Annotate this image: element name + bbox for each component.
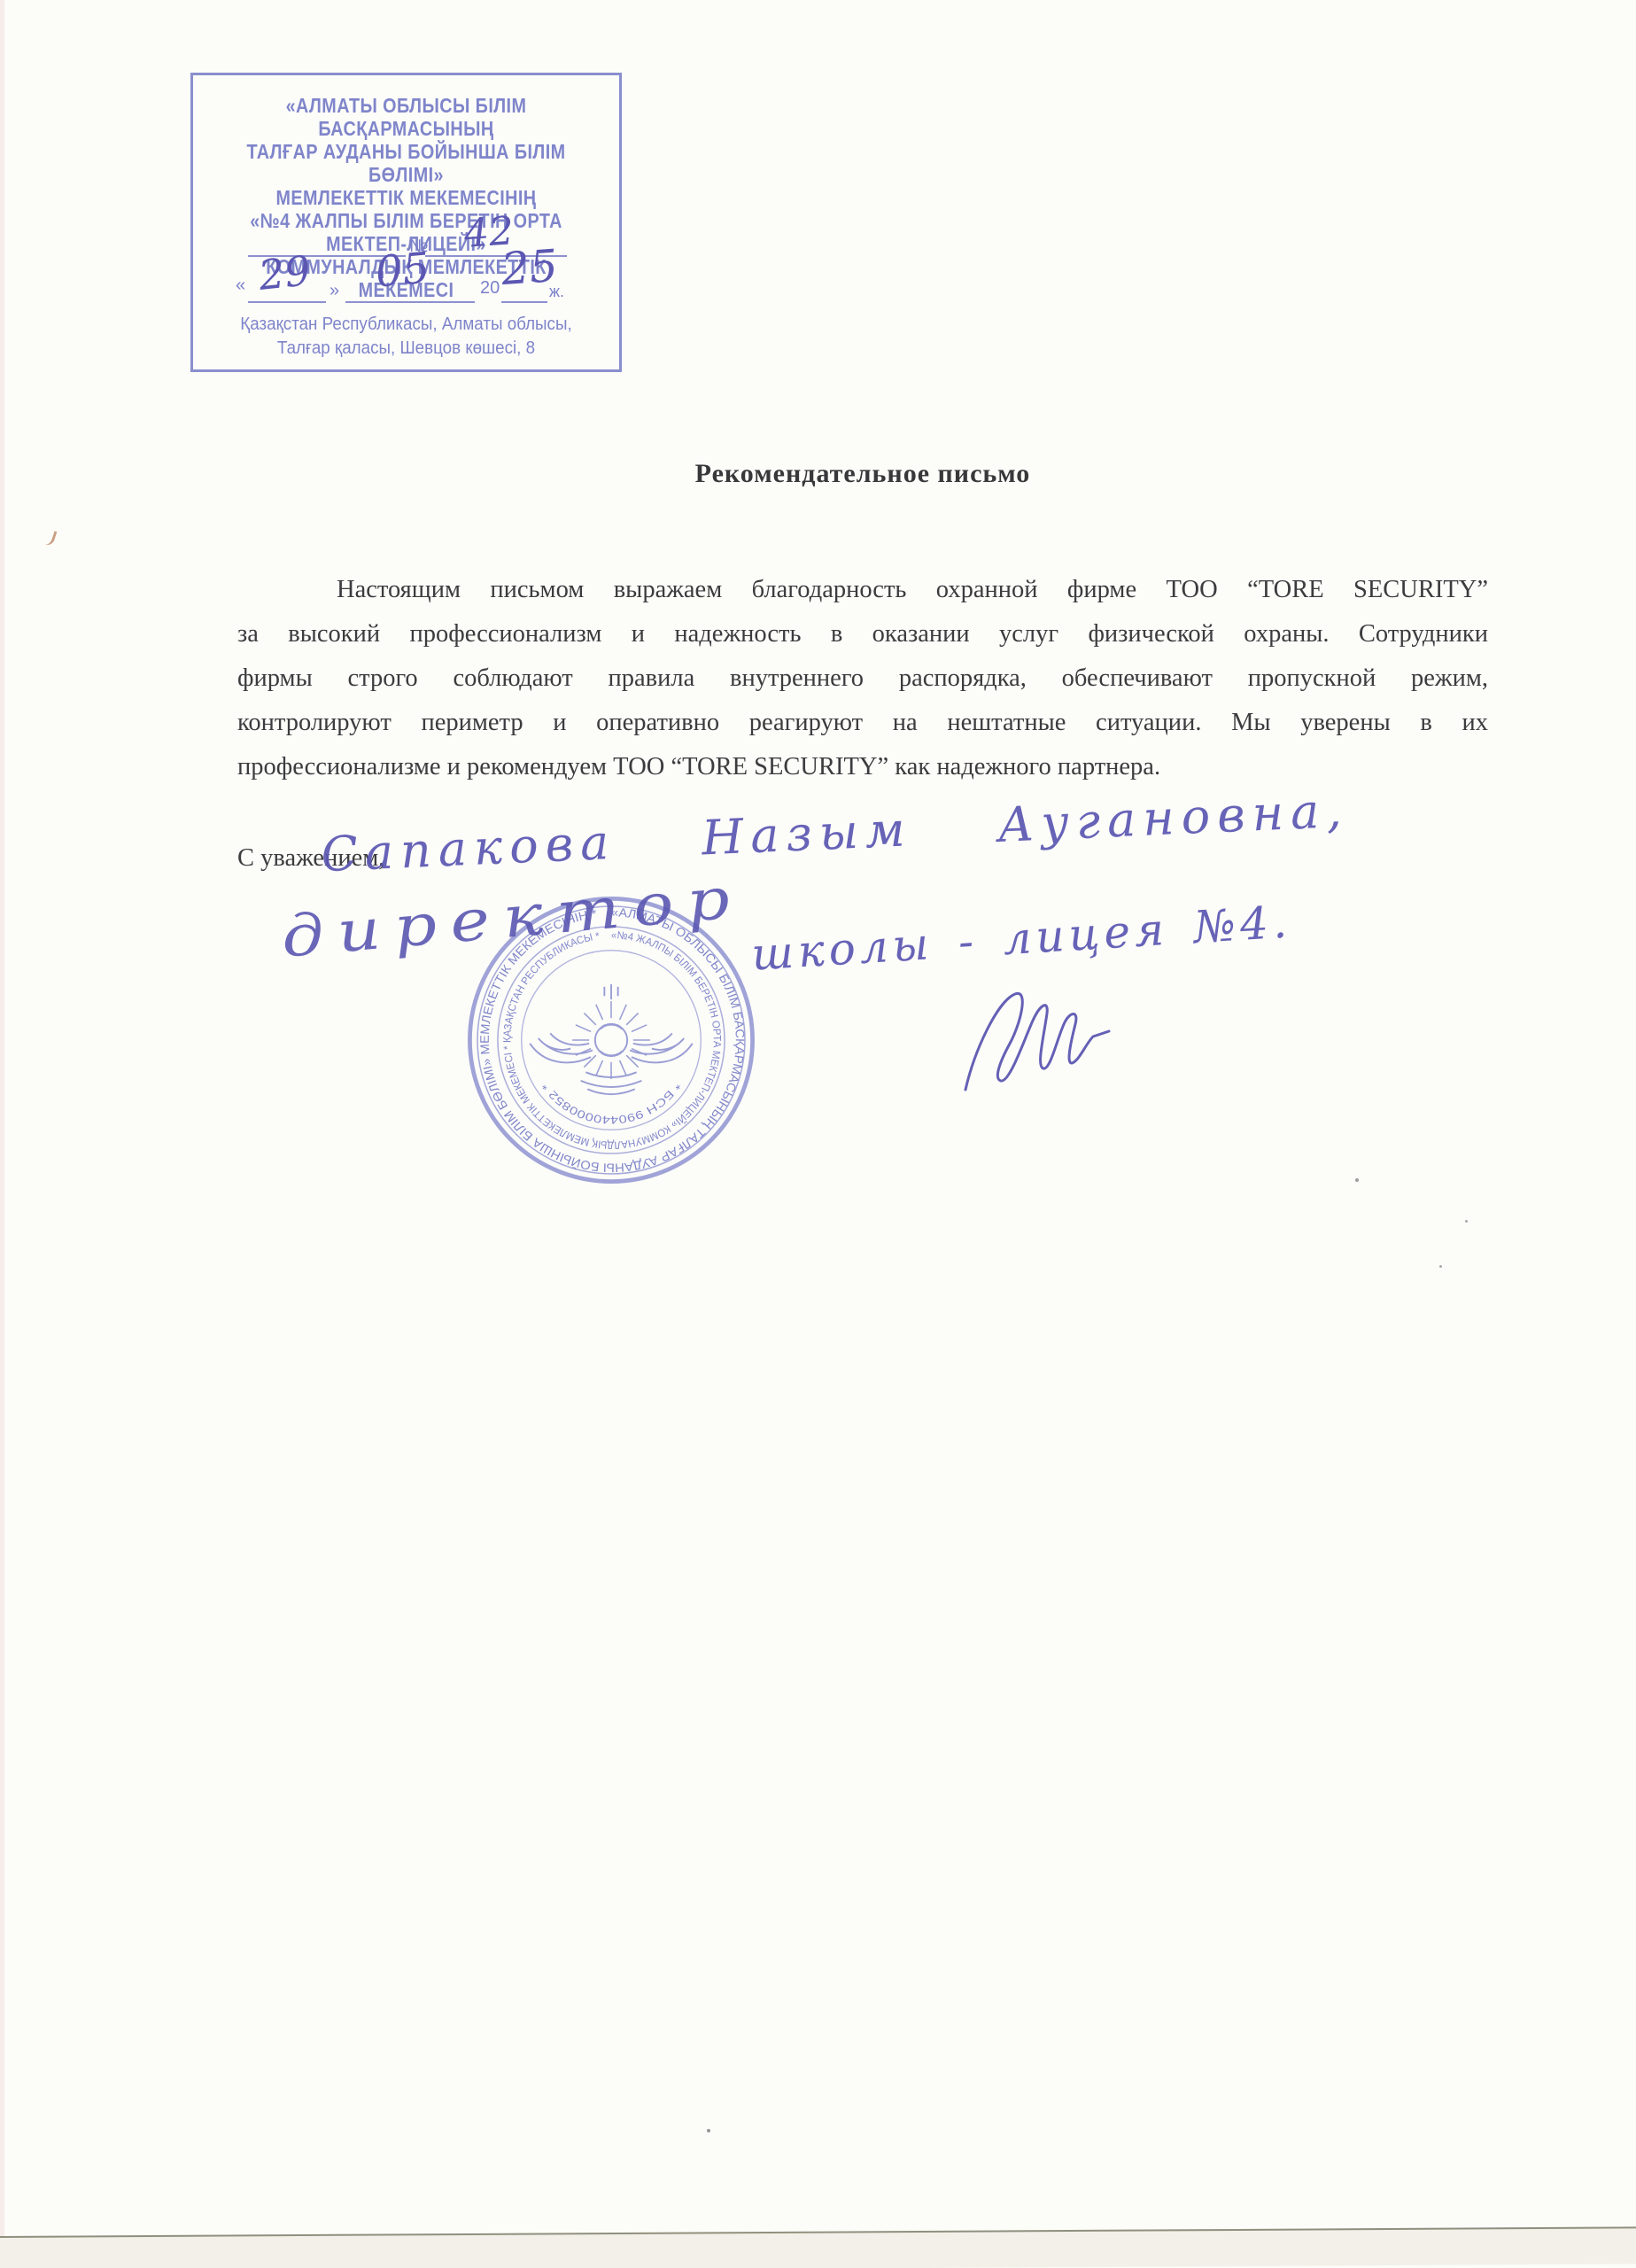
stamp-line: ТАЛҒАР АУДАНЫ БОЙЫНША БІЛІМ БӨЛІМІ» [223, 140, 590, 186]
stamp-date-day: 29 [257, 250, 313, 296]
letter-body: Настоящим письмом выражаем благодарность… [237, 568, 1488, 789]
ink-speck [43, 529, 58, 548]
stamp-date-century: 20 [480, 278, 500, 299]
emblem-top-spike [604, 984, 617, 999]
stamp-line: «АЛМАТЫ ОБЛЫСЫ БІЛІМ БАСҚАРМАСЫНЫҢ [223, 94, 590, 140]
emblem-sun-rays [572, 1001, 650, 1079]
body-line: контролируют периметр и оперативно реаги… [237, 701, 1488, 745]
stamp-date-suffix: ж. [549, 283, 564, 301]
stamp-line: МЕМЛЕКЕТТІК МЕКЕМЕСІНІҢ [223, 186, 590, 209]
scan-bottom-edge [0, 2226, 1636, 2268]
stamp-date-underline [501, 301, 547, 303]
dust-speck [1355, 1178, 1359, 1182]
handwritten-title-school: школы - лицея №4. [750, 896, 1293, 980]
body-line: Настоящим письмом выражаем благодарность… [237, 568, 1488, 612]
signature-flourish [958, 985, 1118, 1100]
scanned-letter-page: «АЛМАТЫ ОБЛЫСЫ БІЛІМ БАСҚАРМАСЫНЫҢ ТАЛҒА… [0, 0, 1636, 2268]
dust-speck [1465, 1220, 1468, 1223]
stamp-date-underline [345, 301, 475, 303]
letter-title: Рекомендательное письмо [237, 459, 1488, 489]
stamp-date-open-quote: « [236, 276, 245, 296]
body-line: за высокий профессионализм и надежность … [237, 612, 1488, 656]
body-line: фирмы строго соблюдают правила внутренне… [237, 656, 1488, 701]
stamp-date-close-quote: » [330, 281, 339, 301]
office-stamp: «АЛМАТЫ ОБЛЫСЫ БІЛІМ БАСҚАРМАСЫНЫҢ ТАЛҒА… [190, 73, 622, 372]
stamp-date-underline [248, 301, 326, 303]
handwritten-name: Сапакова Назым Аугановна, [320, 782, 1349, 883]
stamp-date-month: 05 [374, 246, 431, 293]
dust-speck [707, 2129, 710, 2132]
dust-speck [1439, 1265, 1442, 1268]
scan-edge-tint [0, 0, 4, 2268]
emblem-wings [530, 1033, 692, 1062]
stamp-address: Қазақстан Республикасы, Алматы облысы, Т… [205, 313, 606, 361]
kazakhstan-emblem [530, 984, 692, 1094]
body-line: профессионализме и рекомендуем ТОО “TORE… [237, 745, 1488, 789]
stamp-address-line: Қазақстан Республикасы, Алматы облысы, [205, 313, 606, 337]
stamp-address-line: Талғар қаласы, Шевцов көшесі, 8 [205, 337, 606, 361]
